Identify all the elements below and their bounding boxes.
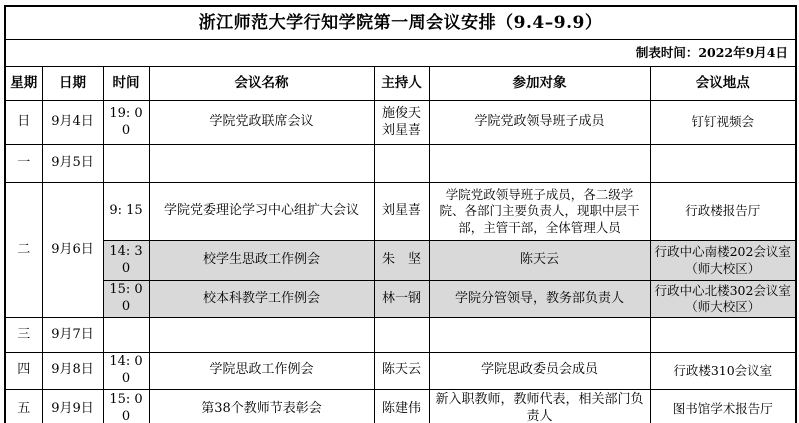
cell-date: 9月6日 xyxy=(42,183,103,318)
cell-host: 陈建伟 xyxy=(374,389,429,423)
meeting-schedule-table: 浙江师范大学行知学院第一周会议安排（9.4–9.9） 制表时间：2022年9月4… xyxy=(4,5,797,423)
cell-participants: 学院思政委员会成员 xyxy=(429,353,650,390)
cell-host xyxy=(374,318,429,353)
table-row: 四 9月8日 14: 00 学院思政工作例会 陈天云 学院思政委员会成员 行政楼… xyxy=(5,353,796,390)
table-row: 浙江师范大学行知学院第一周会议安排（9.4–9.9） xyxy=(5,6,796,40)
table-row: 日 9月4日 19: 00 学院党政联席会议 施俊天 刘星喜 学院党政领导班子成… xyxy=(5,101,796,145)
col-header-location: 会议地点 xyxy=(650,67,796,101)
cell-location: 行政中心北楼302会议室（师大校区） xyxy=(650,281,796,318)
schedule-page: 浙江师范大学行知学院第一周会议安排（9.4–9.9） 制表时间：2022年9月4… xyxy=(0,0,799,423)
cell-weekday: 五 xyxy=(5,389,42,423)
cell-location: 图书馆学术报告厅 xyxy=(650,389,796,423)
cell-meeting-name: 学院思政工作例会 xyxy=(149,353,374,390)
cell-participants: 学院党政领导班子成员，各二级学院、各部门主要负责人，现职中层干部，主管干部，全体… xyxy=(429,183,650,241)
cell-meeting-name: 校学生思政工作例会 xyxy=(149,241,374,281)
cell-weekday: 四 xyxy=(5,353,42,390)
cell-weekday: 三 xyxy=(5,318,42,353)
cell-location: 行政楼310会议室 xyxy=(650,353,796,390)
cell-weekday: 二 xyxy=(5,183,42,318)
cell-location: 行政中心南楼202会议室（师大校区） xyxy=(650,241,796,281)
cell-host: 朱 坚 xyxy=(374,241,429,281)
cell-time: 15: 00 xyxy=(103,389,149,423)
cell-date: 9月5日 xyxy=(42,145,103,183)
cell-date: 9月8日 xyxy=(42,353,103,390)
table-row: 制表时间：2022年9月4日 xyxy=(5,40,796,67)
cell-meeting-name: 第38个教师节表彰会 xyxy=(149,389,374,423)
table-row: 三 9月7日 xyxy=(5,318,796,353)
cell-host xyxy=(374,145,429,183)
cell-time: 19: 00 xyxy=(103,101,149,145)
table-row: 一 9月5日 xyxy=(5,145,796,183)
cell-meeting-name xyxy=(149,145,374,183)
col-header-participants: 参加对象 xyxy=(429,67,650,101)
cell-participants: 陈天云 xyxy=(429,241,650,281)
cell-host: 施俊天 刘星喜 xyxy=(374,101,429,145)
table-row: 14: 30 校学生思政工作例会 朱 坚 陈天云 行政中心南楼202会议室（师大… xyxy=(5,241,796,281)
cell-participants: 学院党政领导班子成员 xyxy=(429,101,650,145)
made-time-label: 制表时间：2022年9月4日 xyxy=(5,40,796,67)
host-name-line: 刘星喜 xyxy=(379,123,425,140)
cell-location xyxy=(650,318,796,353)
col-header-time: 时间 xyxy=(103,67,149,101)
col-header-weekday: 星期 xyxy=(5,67,42,101)
cell-participants xyxy=(429,145,650,183)
cell-time xyxy=(103,145,149,183)
col-header-date: 日期 xyxy=(42,67,103,101)
cell-time: 14: 30 xyxy=(103,241,149,281)
cell-host: 林一钢 xyxy=(374,281,429,318)
col-header-meeting: 会议名称 xyxy=(149,67,374,101)
cell-date: 9月7日 xyxy=(42,318,103,353)
cell-location: 钉钉视频会 xyxy=(650,101,796,145)
cell-meeting-name: 学院党委理论学习中心组扩大会议 xyxy=(149,183,374,241)
cell-participants: 新入职教师，教师代表，相关部门负责人 xyxy=(429,389,650,423)
cell-host: 陈天云 xyxy=(374,353,429,390)
cell-date: 9月4日 xyxy=(42,101,103,145)
cell-participants xyxy=(429,318,650,353)
cell-weekday: 日 xyxy=(5,101,42,145)
cell-host: 刘星喜 xyxy=(374,183,429,241)
cell-meeting-name xyxy=(149,318,374,353)
cell-location xyxy=(650,145,796,183)
cell-meeting-name: 学院党政联席会议 xyxy=(149,101,374,145)
table-row: 五 9月9日 15: 00 第38个教师节表彰会 陈建伟 新入职教师，教师代表，… xyxy=(5,389,796,423)
cell-meeting-name: 校本科教学工作例会 xyxy=(149,281,374,318)
cell-date: 9月9日 xyxy=(42,389,103,423)
cell-participants: 学院分管领导，教务部负责人 xyxy=(429,281,650,318)
table-row: 15: 00 校本科教学工作例会 林一钢 学院分管领导，教务部负责人 行政中心北… xyxy=(5,281,796,318)
cell-time xyxy=(103,318,149,353)
table-header-row: 星期 日期 时间 会议名称 主持人 参加对象 会议地点 xyxy=(5,67,796,101)
cell-time: 14: 00 xyxy=(103,353,149,390)
cell-weekday: 一 xyxy=(5,145,42,183)
col-header-host: 主持人 xyxy=(374,67,429,101)
table-row: 二 9月6日 9: 15 学院党委理论学习中心组扩大会议 刘星喜 学院党政领导班… xyxy=(5,183,796,241)
cell-time: 9: 15 xyxy=(103,183,149,241)
cell-time: 15: 00 xyxy=(103,281,149,318)
cell-location: 行政楼报告厅 xyxy=(650,183,796,241)
host-name-line: 施俊天 xyxy=(379,106,425,123)
page-title: 浙江师范大学行知学院第一周会议安排（9.4–9.9） xyxy=(5,6,796,40)
